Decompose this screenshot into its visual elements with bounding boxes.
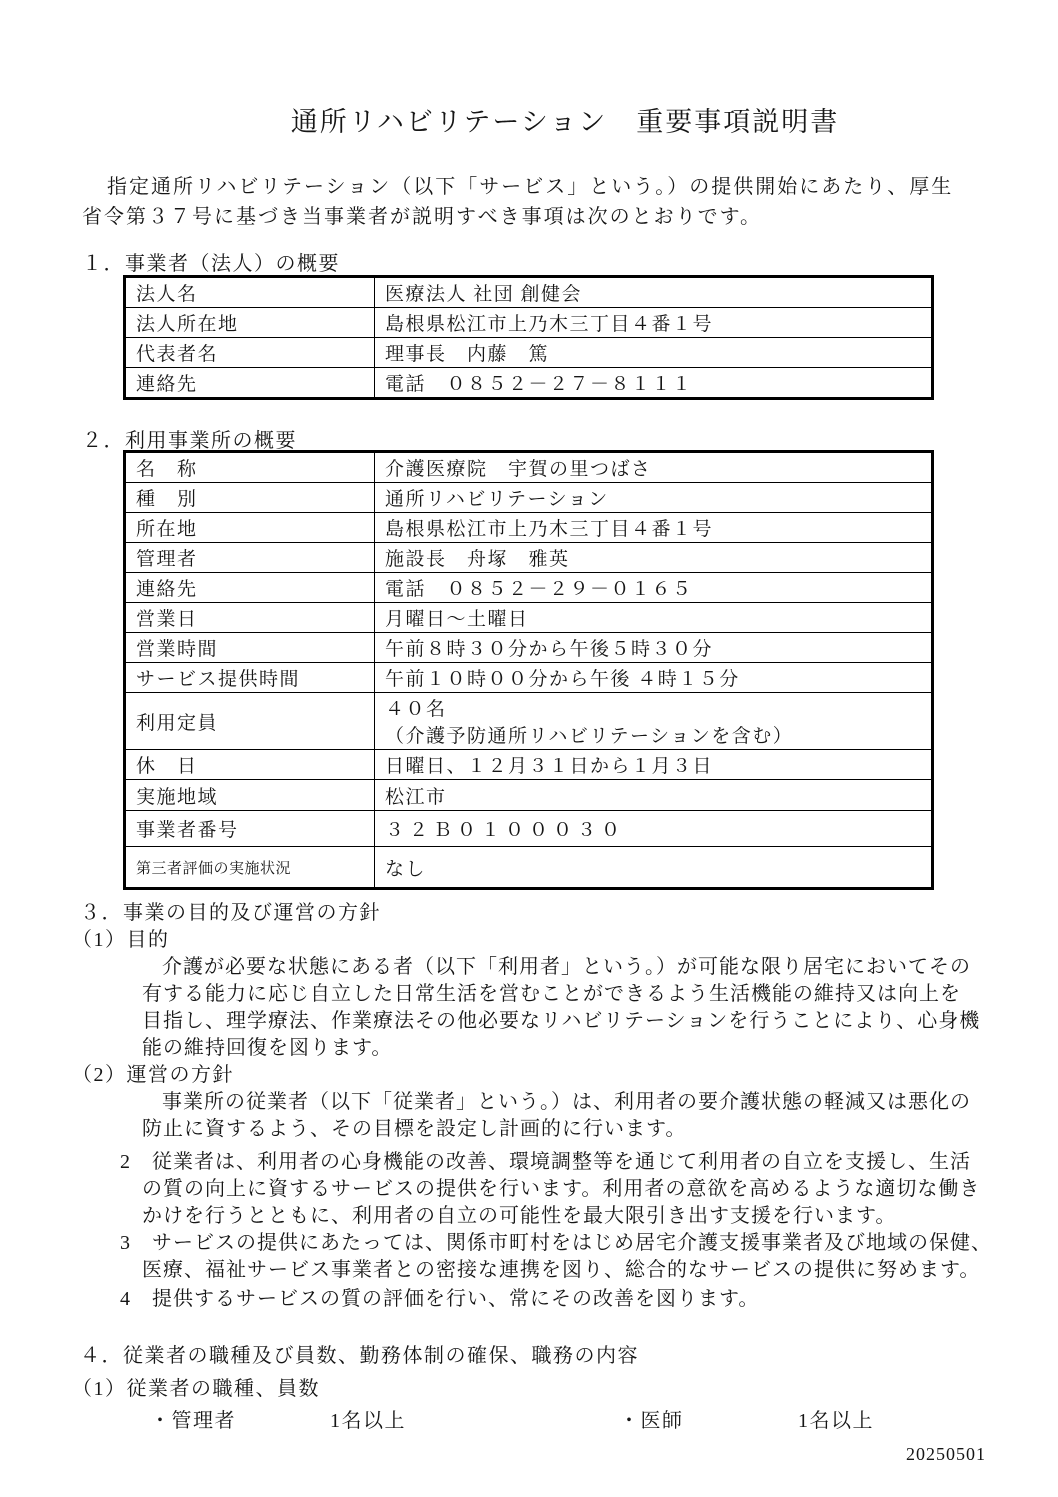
table-row: 管理者 施設長 舟塚 雅英: [125, 543, 933, 573]
table-row: 種 別 通所リハビリテーション: [125, 483, 933, 513]
cell-value: 施設長 舟塚 雅英: [375, 543, 933, 573]
table-row: 代表者名 理事長 内藤 篤: [125, 338, 933, 368]
cell-value: 松江市: [375, 780, 933, 811]
staff-role: ・医師: [619, 1407, 684, 1435]
cell-value: ３２Ｂ０１０００３０: [375, 811, 933, 847]
section3: ３．事業の目的及び運営の方針 （1）目的 介護が必要な状態にある者（以下「利用者…: [0, 900, 1058, 1313]
purpose-paragraph: 介護が必要な状態にある者（以下「利用者」という。）が可能な限り居宅においてその …: [142, 954, 1018, 1062]
cell-value: 電話 ０８５２－２７－８１１１: [375, 368, 933, 399]
office-table-body: 名 称 介護医療院 宇賀の里つばさ 種 別 通所リハビリテーション 所在地 島根…: [125, 452, 933, 889]
table-row: 所在地 島根県松江市上乃木三丁目４番１号: [125, 513, 933, 543]
table-row: 名 称 介護医療院 宇賀の里つばさ: [125, 452, 933, 483]
purpose-heading: （1）目的: [0, 927, 1058, 954]
policy-item: 4 提供するサービスの質の評価を行い、常にその改善を図ります。: [142, 1286, 1018, 1313]
cell-label: 営業日: [125, 603, 375, 633]
provider-table-body: 法人名 医療法人 社団 創健会 法人所在地 島根県松江市上乃木三丁目４番１号 代…: [125, 277, 933, 399]
staff-count: 1名以上: [798, 1407, 874, 1435]
policy-heading: （2）運営の方針: [0, 1062, 1058, 1089]
cell-value: 午前８時３０分から午後５時３０分: [375, 633, 933, 663]
table-row: 実施地域 松江市: [125, 780, 933, 811]
cell-value: ４０名 （介護予防通所リハビリテーションを含む）: [375, 693, 933, 750]
cell-value: 医療法人 社団 創健会: [375, 277, 933, 308]
cell-value: なし: [375, 847, 933, 889]
cell-label: 名 称: [125, 452, 375, 483]
cell-label: 管理者: [125, 543, 375, 573]
office-table: 名 称 介護医療院 宇賀の里つばさ 種 別 通所リハビリテーション 所在地 島根…: [123, 450, 934, 890]
cell-label: 法人所在地: [125, 308, 375, 338]
section3-heading: ３．事業の目的及び運営の方針: [0, 900, 1058, 927]
cell-label: 法人名: [125, 277, 375, 308]
cell-value: 通所リハビリテーション: [375, 483, 933, 513]
cell-label: 種 別: [125, 483, 375, 513]
cell-label: 実施地域: [125, 780, 375, 811]
cell-label: 代表者名: [125, 338, 375, 368]
cell-label: 事業者番号: [125, 811, 375, 847]
table-row: 休 日 日曜日、１２月３１日から１月３日: [125, 750, 933, 780]
section4-heading: ４．従業者の職種及び員数、勤務体制の確保、職務の内容: [0, 1342, 1058, 1370]
table-row: 第三者評価の実施状況 なし: [125, 847, 933, 889]
policy-item: 2 従業者は、利用者の心身機能の改善、環境調整等を通じて利用者の自立を支援し、生…: [142, 1149, 1018, 1230]
cell-value: 午前１０時００分から午後 ４時１５分: [375, 663, 933, 693]
staff-row: ・管理者 1名以上 ・医師 1名以上: [0, 1407, 1058, 1435]
table-row: 法人名 医療法人 社団 創健会: [125, 277, 933, 308]
cell-label: サービス提供時間: [125, 663, 375, 693]
policy-item: 3 サービスの提供にあたっては、関係市町村をはじめ居宅介護支援事業者及び地域の保…: [142, 1230, 1018, 1284]
cell-value: 島根県松江市上乃木三丁目４番１号: [375, 513, 933, 543]
document-title: 通所リハビリテーション 重要事項説明書: [36, 100, 1058, 139]
cell-value: 島根県松江市上乃木三丁目４番１号: [375, 308, 933, 338]
table-row: 法人所在地 島根県松江市上乃木三丁目４番１号: [125, 308, 933, 338]
cell-value: 介護医療院 宇賀の里つばさ: [375, 452, 933, 483]
cell-label: 利用定員: [125, 693, 375, 750]
cell-label: 休 日: [125, 750, 375, 780]
staff-role: ・管理者: [150, 1407, 236, 1435]
cell-value: 理事長 内藤 篤: [375, 338, 933, 368]
table-row: 営業日 月曜日～土曜日: [125, 603, 933, 633]
cell-label: 連絡先: [125, 368, 375, 399]
table-row: 事業者番号 ３２Ｂ０１０００３０: [125, 811, 933, 847]
staffing-heading: （1）従業者の職種、員数: [0, 1375, 1058, 1403]
footer-date: 20250501: [0, 1444, 986, 1465]
cell-label: 所在地: [125, 513, 375, 543]
provider-table: 法人名 医療法人 社団 創健会 法人所在地 島根県松江市上乃木三丁目４番１号 代…: [123, 275, 934, 400]
cell-value: 月曜日～土曜日: [375, 603, 933, 633]
intro-paragraph: 指定通所リハビリテーション（以下「サービス」という。）の提供開始にあたり、厚生 …: [82, 172, 984, 232]
cell-label: 連絡先: [125, 573, 375, 603]
policy-item: 事業所の従業者（以下「従業者」という。）は、利用者の要介護状態の軽減又は悪化の …: [142, 1089, 1018, 1143]
table-row: 連絡先 電話 ０８５２－２９－０１６５: [125, 573, 933, 603]
section2-heading: ２．利用事業所の概要: [82, 424, 297, 453]
cell-value: 日曜日、１２月３１日から１月３日: [375, 750, 933, 780]
table-row: 営業時間 午前８時３０分から午後５時３０分: [125, 633, 933, 663]
staff-count: 1名以上: [330, 1407, 406, 1435]
section1-heading: １．事業者（法人）の概要: [82, 247, 340, 276]
table-row: 利用定員 ４０名 （介護予防通所リハビリテーションを含む）: [125, 693, 933, 750]
cell-value: 電話 ０８５２－２９－０１６５: [375, 573, 933, 603]
section4: ４．従業者の職種及び員数、勤務体制の確保、職務の内容 （1）従業者の職種、員数 …: [0, 1342, 1058, 1435]
cell-label: 営業時間: [125, 633, 375, 663]
table-row: 連絡先 電話 ０８５２－２７－８１１１: [125, 368, 933, 399]
table-row: サービス提供時間 午前１０時００分から午後 ４時１５分: [125, 663, 933, 693]
cell-label: 第三者評価の実施状況: [125, 847, 375, 889]
document-page: 通所リハビリテーション 重要事項説明書 指定通所リハビリテーション（以下「サービ…: [0, 0, 1058, 1497]
